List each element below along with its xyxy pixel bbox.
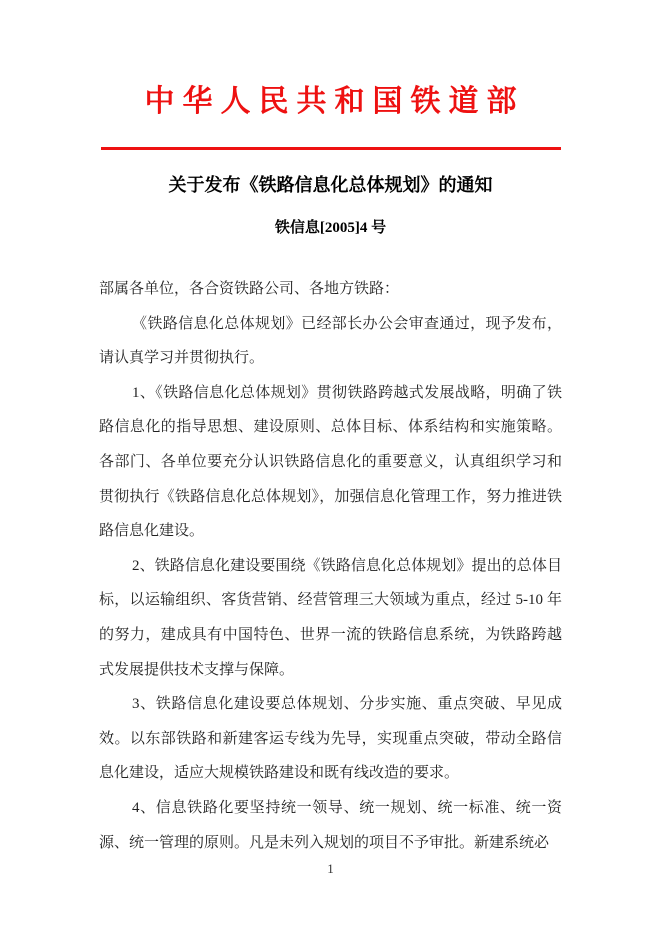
header-divider [101, 147, 561, 150]
body-paragraph-5: 4、信息铁路化要坚持统一领导、统一规划、统一标准、统一资源、统一管理的原则。凡是… [99, 791, 562, 860]
body-paragraph-2: 1、《铁路信息化总体规划》贯彻铁路跨越式发展战略，明确了铁路信息化的指导思想、建… [99, 376, 562, 549]
body-paragraph-3: 2、铁路信息化建设要围绕《铁路信息化总体规划》提出的总体目标，以运输组织、客货营… [99, 549, 562, 687]
ministry-header: 中华人民共和国铁道部 [0, 0, 661, 120]
doc-number: 铁信息[2005]4 号 [0, 217, 661, 239]
document-body: 部属各单位，各合资铁路公司、各地方铁路： 《铁路信息化总体规划》已经部长办公会审… [99, 272, 562, 860]
body-paragraph-1: 《铁路信息化总体规划》已经部长办公会审查通过，现予发布，请认真学习并贯彻执行。 [99, 307, 562, 376]
page-number: 1 [0, 861, 661, 877]
document-page: 中华人民共和国铁道部 关于发布《铁路信息化总体规划》的通知 铁信息[2005]4… [0, 0, 661, 935]
body-paragraph-4: 3、铁路信息化建设要总体规划、分步实施、重点突破、早见成效。以东部铁路和新建客运… [99, 687, 562, 791]
salutation: 部属各单位，各合资铁路公司、各地方铁路： [99, 272, 562, 307]
notice-title: 关于发布《铁路信息化总体规划》的通知 [0, 172, 661, 198]
